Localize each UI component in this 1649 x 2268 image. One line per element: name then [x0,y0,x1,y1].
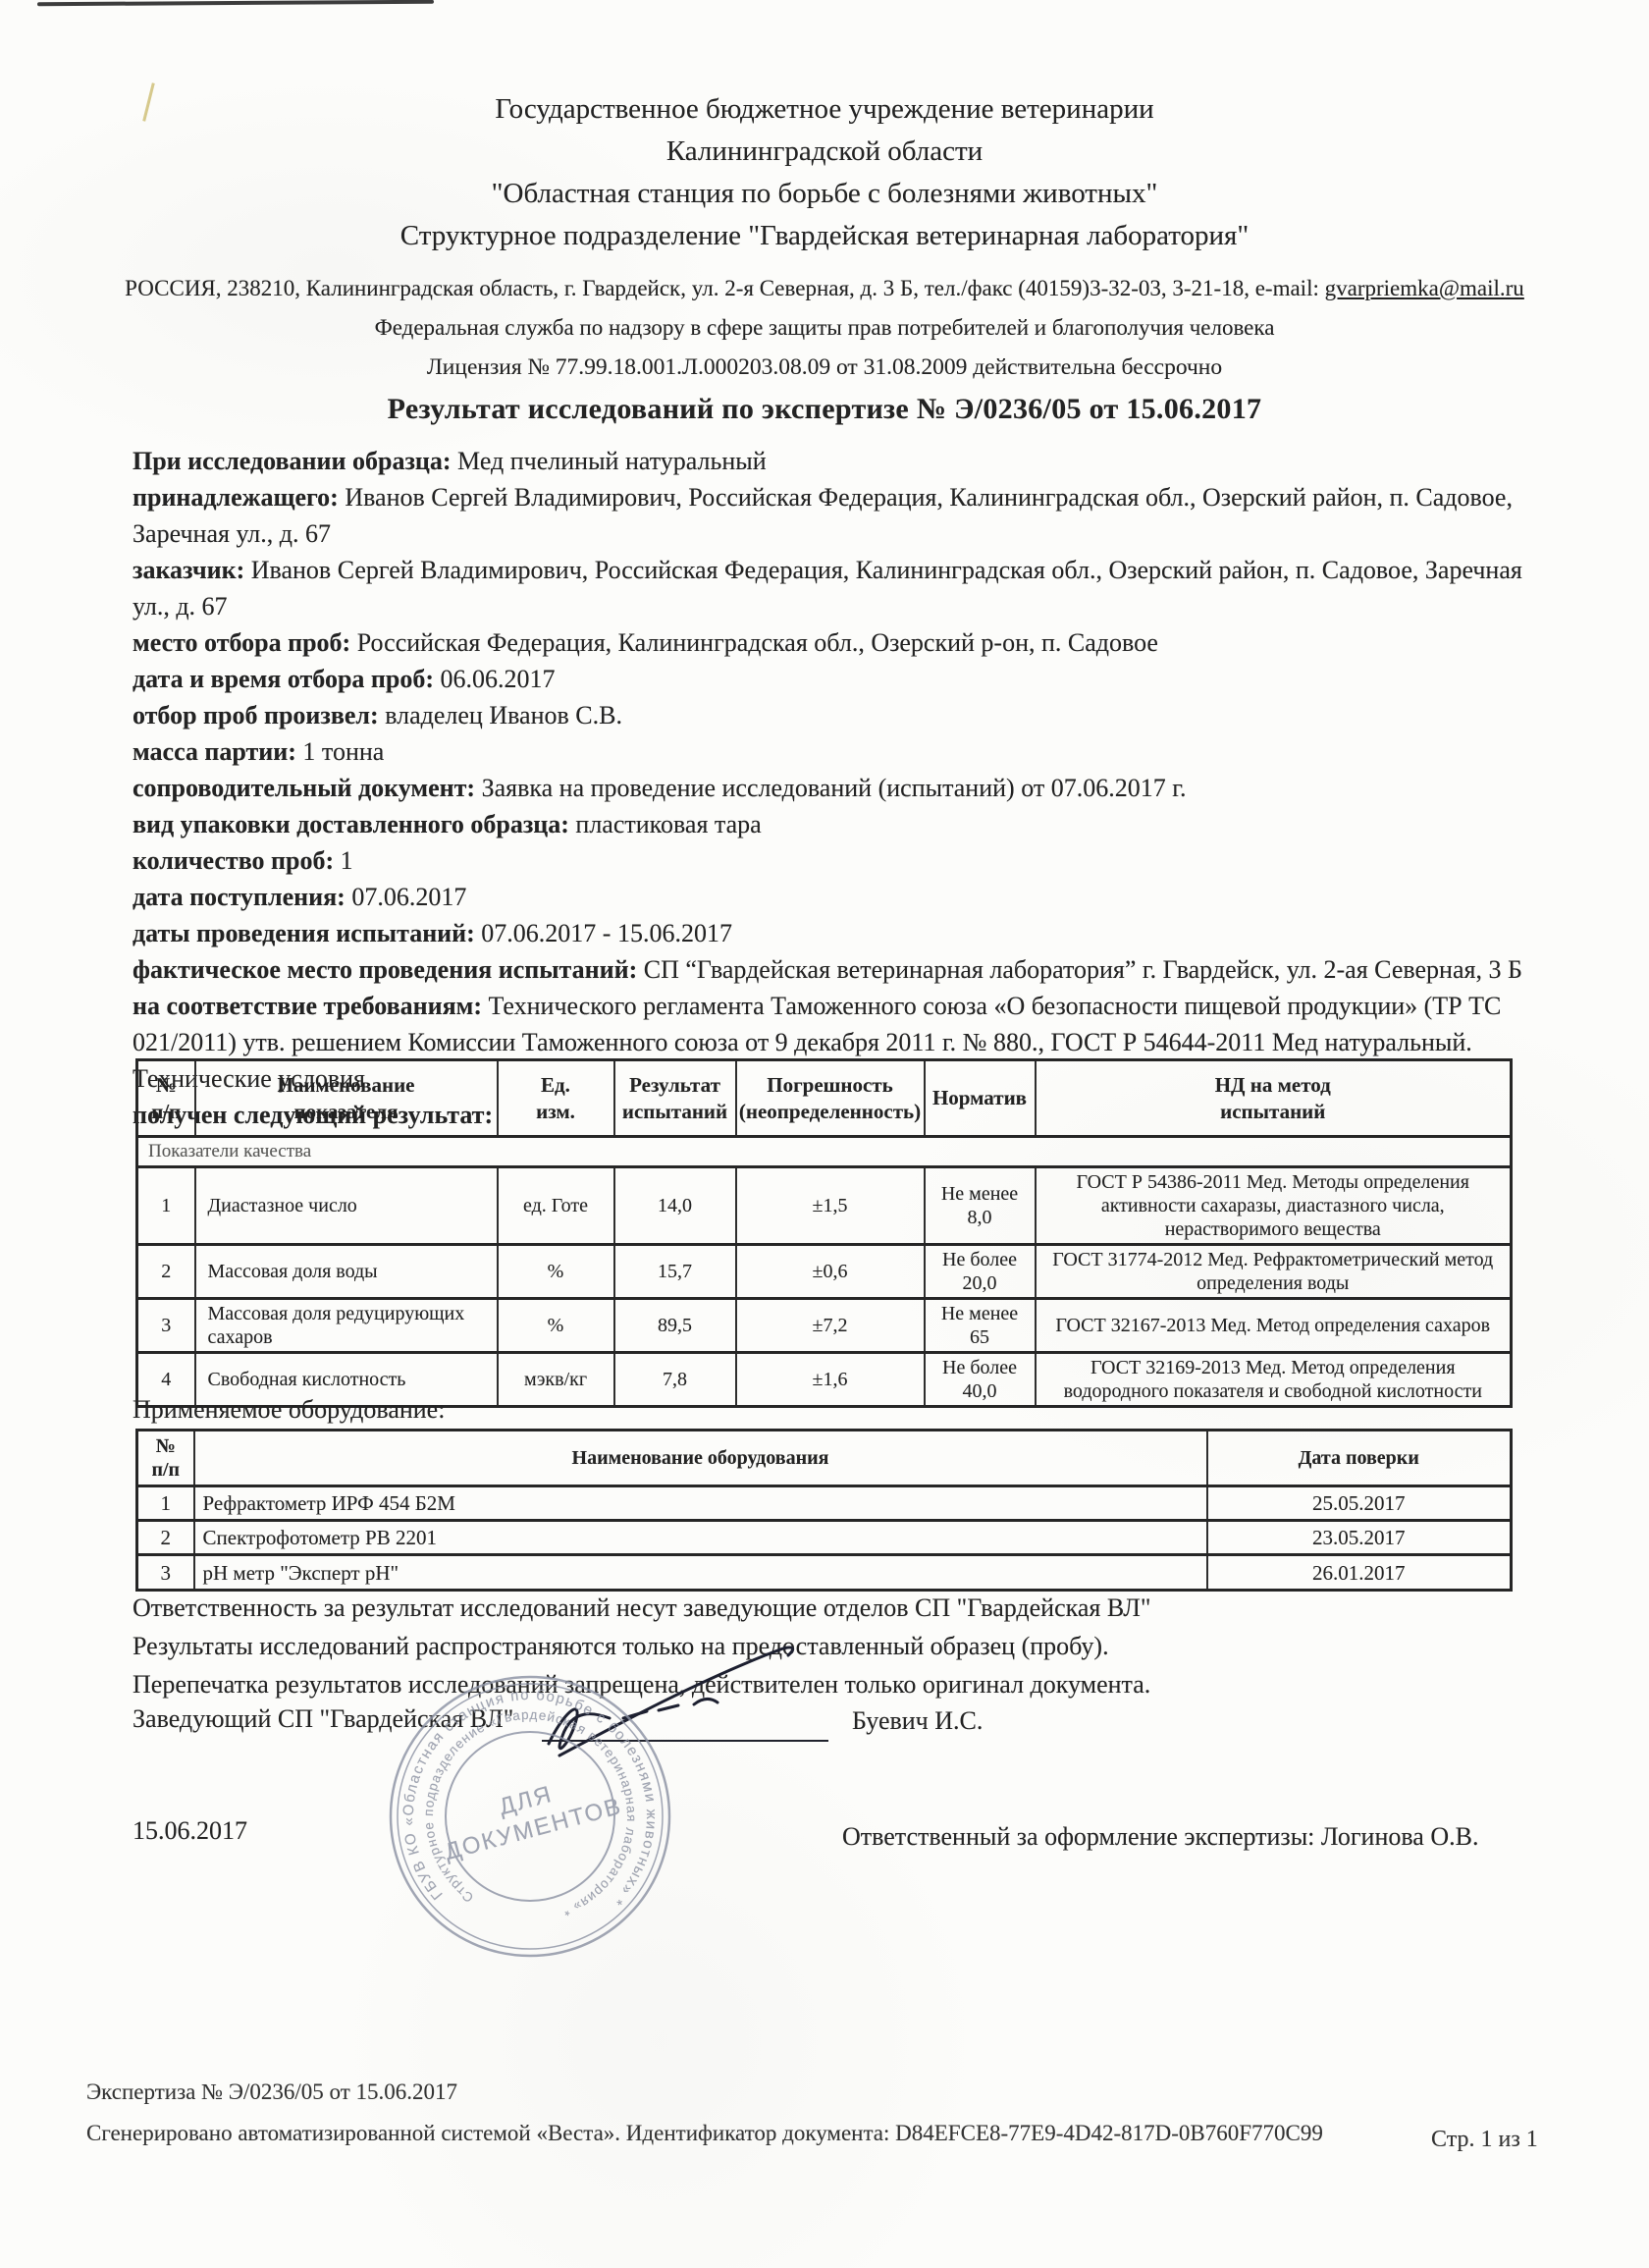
field-label: на соответствие требованиям: [133,992,482,1020]
table-row: 3 рН метр "Эксперт рН" 26.01.2017 [137,1555,1512,1591]
field-row: отбор проб произвел: владелец Иванов С.В… [133,697,1566,733]
cell-equipment-name: Спектрофотометр РВ 2201 [194,1521,1207,1555]
org-name-line: "Областная станция по борьбе с болезнями… [98,173,1551,215]
cell-error: ±0,6 [736,1245,925,1299]
disclaimer-notes: Ответственность за результат исследовани… [133,1589,1575,1703]
field-label: масса партии: [133,737,296,766]
note-line: Результаты исследований распространяются… [133,1627,1575,1665]
field-label: даты проведения испытаний: [133,919,475,947]
field-row: При исследовании образца: Мед пчелиный н… [133,443,1566,479]
field-row: место отбора проб: Российская Федерация,… [133,624,1566,661]
field-row: масса партии: 1 тонна [133,733,1566,770]
field-row: вид упаковки доставленного образца: плас… [133,806,1566,842]
field-row: принадлежащего: Иванов Сергей Владимиров… [133,479,1566,552]
field-value: владелец Иванов С.В. [385,701,622,729]
scan-edge-artifact [37,0,434,6]
sample-fields: При исследовании образца: Мед пчелиный н… [133,443,1566,1133]
address-line: РОССИЯ, 238210, Калининградская область,… [59,276,1590,301]
cell-result: 15,7 [614,1245,736,1299]
field-label: фактическое место проведения испытаний: [133,955,637,984]
equipment-header-row: № п/п Наименование оборудования Дата пов… [137,1431,1512,1486]
field-label: вид упаковки доставленного образца: [133,810,569,838]
email-link: gvarpriemka@mail.ru [1325,276,1524,300]
table-row: 2 Массовая доля воды % 15,7 ±0,6 Не боле… [137,1245,1512,1299]
note-line: Перепечатка результатов исследований зап… [133,1665,1575,1703]
field-label: заказчик: [133,556,244,584]
cell-error: ±1,6 [736,1353,925,1407]
org-name-line: Государственное бюджетное учреждение вет… [98,88,1551,131]
cell-num: 2 [137,1521,194,1555]
license-line: Лицензия № 77.99.18.001.Л.000203.08.09 о… [59,354,1590,381]
col-header-num: № п/п [137,1060,195,1137]
cell-method: ГОСТ 32169-2013 Мед. Метод определения в… [1036,1353,1512,1407]
field-label: дата поступления: [133,883,346,911]
cell-unit: % [498,1299,614,1353]
col-header-unit: Ед. изм. [498,1060,614,1137]
org-name-line: Структурное подразделение "Гвардейская в… [98,215,1551,257]
cell-verification-date: 23.05.2017 [1207,1521,1512,1555]
col-header-name: Наименование показателя [195,1060,498,1137]
cell-norm: Не менее 8,0 [925,1167,1036,1245]
col-header-method: НД на метод испытаний [1036,1060,1512,1137]
field-row: даты проведения испытаний: 07.06.2017 - … [133,915,1566,951]
cell-method: ГОСТ Р 54386-2011 Мед. Методы определени… [1036,1167,1512,1245]
results-header-row: № п/п Наименование показателя Ед. изм. Р… [137,1060,1512,1137]
group-row: Показатели качества [137,1137,1512,1167]
cell-error: ±7,2 [736,1299,925,1353]
cell-verification-date: 25.05.2017 [1207,1486,1512,1521]
field-value: Мед пчелиный натуральный [457,447,767,475]
cell-num: 1 [137,1486,194,1521]
field-row: дата и время отбора проб: 06.06.2017 [133,661,1566,697]
field-value: Иванов Сергей Владимирович, Российская Ф… [133,556,1522,621]
table-row: 3 Массовая доля редуцирующих сахаров % 8… [137,1299,1512,1353]
cell-method: ГОСТ 31774-2012 Мед. Рефрактометрический… [1036,1245,1512,1299]
field-label: количество проб: [133,846,334,875]
cell-error: ±1,5 [736,1167,925,1245]
cell-equipment-name: Рефрактометр ИРФ 454 Б2М [194,1486,1207,1521]
table-row: 1 Диастазное число ед. Готе 14,0 ±1,5 Не… [137,1167,1512,1245]
table-row: 2 Спектрофотометр РВ 2201 23.05.2017 [137,1521,1512,1555]
cell-unit: мэкв/кг [498,1353,614,1407]
footer-generated-line: Сгенерировано автоматизированной системо… [86,2121,1323,2146]
cell-num: 1 [137,1167,195,1245]
field-value: СП “Гвардейская ветеринарная лаборатория… [644,955,1522,984]
field-value: 1 [341,846,353,875]
cell-unit: % [498,1245,614,1299]
field-label: место отбора проб: [133,628,350,657]
field-label: сопроводительный документ: [133,774,475,802]
note-line: Ответственность за результат исследовани… [133,1589,1575,1627]
field-value: пластиковая тара [575,810,761,838]
cell-equipment-name: рН метр "Эксперт рН" [194,1555,1207,1591]
field-value: Российская Федерация, Калининградская об… [357,628,1158,657]
federal-service-line: Федеральная служба по надзору в сфере за… [59,315,1590,341]
org-name-line: Калининградской области [98,131,1551,173]
field-label: отбор проб произвел: [133,701,379,729]
col-header-error: Погрешность (неопределенность) [736,1060,925,1137]
results-table: № п/п Наименование показателя Ед. изм. Р… [135,1058,1513,1408]
page-number: Стр. 1 из 1 [1431,2127,1538,2153]
footer-expertise-line: Экспертиза № Э/0236/05 от 15.06.2017 [86,2079,457,2105]
document-title: Результат исследований по экспертизе № Э… [98,393,1551,426]
cell-norm: Не более 20,0 [925,1245,1036,1299]
report-date: 15.06.2017 [133,1816,247,1846]
scanned-document-page: Государственное бюджетное учреждение вет… [0,0,1649,2268]
cell-name: Массовая доля воды [195,1245,498,1299]
round-stamp: ГБУВ КО «Областная станция по борьбе с б… [388,1674,672,1959]
field-row: сопроводительный документ: Заявка на про… [133,770,1566,806]
col-header-num: № п/п [137,1431,194,1486]
cell-result: 89,5 [614,1299,736,1353]
field-label: дата и время отбора проб: [133,665,434,693]
field-value: 07.06.2017 [351,883,466,911]
cell-num: 3 [137,1555,194,1591]
field-value: 06.06.2017 [441,665,556,693]
cell-norm: Не более 40,0 [925,1353,1036,1407]
field-value: Заявка на проведение исследований (испыт… [482,774,1187,802]
cell-name: Массовая доля редуцирующих сахаров [195,1299,498,1353]
field-row: фактическое место проведения испытаний: … [133,951,1566,988]
responsible-line: Ответственный за оформление экспертизы: … [842,1822,1478,1852]
signatory-name: Буевич И.С. [852,1706,983,1736]
cell-name: Диастазное число [195,1167,498,1245]
letterhead: Государственное бюджетное учреждение вет… [98,88,1551,257]
cell-verification-date: 26.01.2017 [1207,1555,1512,1591]
field-label: При исследовании образца: [133,447,452,475]
cell-num: 3 [137,1299,195,1353]
col-header-result: Результат испытаний [614,1060,736,1137]
col-header-verification-date: Дата поверки [1207,1431,1512,1486]
cell-unit: ед. Готе [498,1167,614,1245]
field-row: дата поступления: 07.06.2017 [133,879,1566,915]
table-row: 1 Рефрактометр ИРФ 454 Б2М 25.05.2017 [137,1486,1512,1521]
equipment-table: № п/п Наименование оборудования Дата пов… [135,1429,1513,1592]
field-row: количество проб: 1 [133,842,1566,879]
field-value: 07.06.2017 - 15.06.2017 [481,919,732,947]
cell-norm: Не менее 65 [925,1299,1036,1353]
col-header-norm: Норматив [925,1060,1036,1137]
cell-result: 14,0 [614,1167,736,1245]
address-text: РОССИЯ, 238210, Калининградская область,… [125,276,1324,300]
field-label: принадлежащего: [133,483,339,512]
equipment-heading: Применяемое оборудование: [133,1395,445,1425]
group-label: Показатели качества [137,1137,1512,1167]
cell-result: 7,8 [614,1353,736,1407]
field-row: заказчик: Иванов Сергей Владимирович, Ро… [133,552,1566,624]
cell-num: 2 [137,1245,195,1299]
col-header-equipment-name: Наименование оборудования [194,1431,1207,1486]
field-value: Иванов Сергей Владимирович, Российская Ф… [133,483,1513,548]
cell-method: ГОСТ 32167-2013 Мед. Метод определения с… [1036,1299,1512,1353]
field-value: 1 тонна [302,737,384,766]
